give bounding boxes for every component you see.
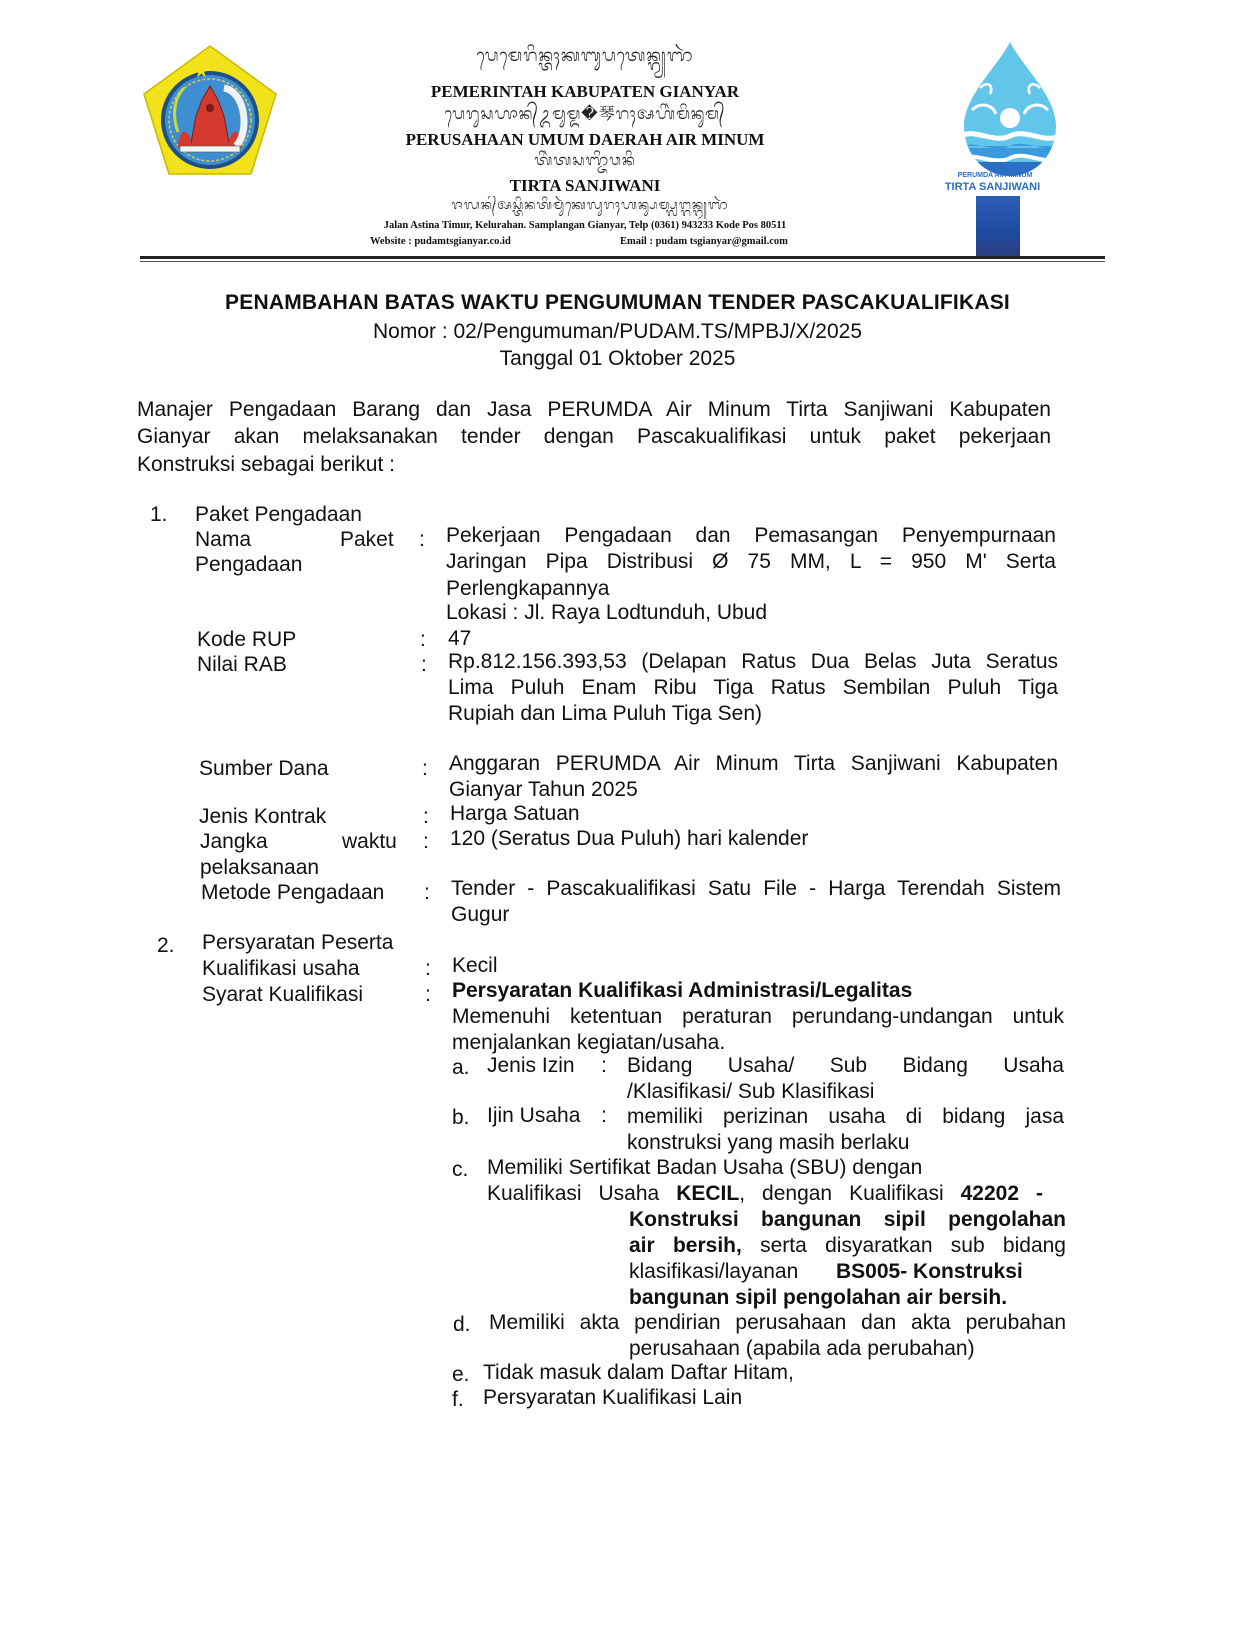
item-b-label: Ijin Usaha bbox=[487, 1104, 580, 1128]
colon: : bbox=[422, 757, 428, 781]
jangka-waktu-label-a: Jangka bbox=[200, 830, 268, 854]
balinese-script-line-2: ᬧᬾᬭᬸᬲᬳᬵᬦ᭄ᬉᬫᬸᬫ᭄ᬤ�琴ᬭᬄᬅᬳᬶᬃᬫᬶᬦᬸᬫ᭄ bbox=[260, 101, 910, 131]
syarat-kualifikasi-label: Syarat Kualifikasi bbox=[202, 983, 363, 1007]
item-b-marker: b. bbox=[452, 1106, 470, 1130]
item-f-marker: f. bbox=[452, 1388, 464, 1412]
item-c-line-6: bangunan sipil pengolahan air bersih. bbox=[629, 1285, 1007, 1311]
syarat-heading: Persyaratan Kualifikasi Administrasi/Leg… bbox=[452, 978, 912, 1004]
logo-brand-text: TIRTA SANJIWANI bbox=[920, 181, 1065, 193]
item-d-line-1: Memiliki akta pendirian perusahaan dan a… bbox=[489, 1310, 1066, 1336]
jangka-waktu-label-b: waktu bbox=[342, 830, 397, 854]
government-name: PEMERINTAH KABUPATEN GIANYAR bbox=[260, 82, 910, 102]
metode-pengadaan-line-2: Gugur bbox=[451, 902, 509, 928]
nama-paket-line-1: Pekerjaan Pengadaan dan Pemasangan Penye… bbox=[446, 523, 1056, 549]
letterhead-rule bbox=[140, 256, 1105, 259]
item-c-line-1: Memiliki Sertifikat Badan Usaha (SBU) de… bbox=[487, 1155, 922, 1181]
document-number: Nomor : 02/Pengumuman/PUDAM.TS/MPBJ/X/20… bbox=[0, 320, 1235, 344]
section-1-title: Paket Pengadaan bbox=[195, 503, 362, 527]
item-a-line-1: Bidang Usaha/ Sub Bidang Usaha bbox=[627, 1053, 1064, 1079]
item-a-label: Jenis Izin bbox=[487, 1054, 575, 1078]
item-a-marker: a. bbox=[452, 1056, 470, 1080]
kode-rup-label: Kode RUP bbox=[197, 628, 296, 652]
website-text: Website : pudamtsgianyar.co.id bbox=[370, 236, 511, 247]
item-e-marker: e. bbox=[452, 1363, 470, 1387]
email-text: Email : pudam tsgianyar@gmail.com bbox=[620, 236, 788, 247]
nilai-rab-line-3: Rupiah dan Lima Puluh Tiga Sen) bbox=[448, 701, 762, 727]
jangka-waktu-value: 120 (Seratus Dua Puluh) hari kalender bbox=[450, 826, 808, 852]
lokasi: Lokasi : Jl. Raya Lodtunduh, Ubud bbox=[446, 600, 767, 626]
jenis-kontrak-value: Harga Satuan bbox=[450, 801, 580, 827]
section-2-number: 2. bbox=[157, 934, 175, 958]
section-1-number: 1. bbox=[150, 503, 168, 527]
item-e-text: Tidak masuk dalam Daftar Hitam, bbox=[483, 1360, 794, 1386]
item-c-marker: c. bbox=[452, 1158, 468, 1182]
nama-paket-label-2: Pengadaan bbox=[195, 553, 302, 577]
intro-line-1: Manajer Pengadaan Barang dan Jasa PERUMD… bbox=[137, 396, 1051, 424]
nama-paket-line-3: Perlengkapannya bbox=[446, 576, 609, 602]
item-a-line-2: /Klasifikasi/ Sub Klasifikasi bbox=[627, 1079, 874, 1105]
company-name: PERUSAHAAN UMUM DAERAH AIR MINUM bbox=[260, 130, 910, 150]
nilai-rab-line-2: Lima Puluh Enam Ribu Tiga Ratus Sembilan… bbox=[448, 675, 1058, 701]
kualifikasi-usaha-value: Kecil bbox=[452, 953, 498, 979]
colon: : bbox=[421, 653, 427, 677]
gianyar-emblem-logo bbox=[140, 42, 280, 182]
intro-line-3: Konstruksi sebagai berikut : bbox=[137, 451, 395, 479]
document-title: PENAMBAHAN BATAS WAKTU PENGUMUMAN TENDER… bbox=[0, 291, 1235, 315]
jenis-kontrak-label: Jenis Kontrak bbox=[199, 805, 326, 829]
item-b-line-2: konstruksi yang masih berlaku bbox=[627, 1130, 909, 1156]
balinese-script-line-1: ᬧᬾᬫᬾᬭᬶᬦ᭄ᬢᬄᬓᬩᬸᬧᬢᬾᬦ᭄ᬕ᭄ᬬᬜᬃ bbox=[260, 44, 910, 74]
item-f-text: Persyaratan Kualifikasi Lain bbox=[483, 1385, 742, 1411]
colon: : bbox=[424, 881, 430, 905]
sumber-dana-label: Sumber Dana bbox=[199, 757, 329, 781]
colon: : bbox=[420, 628, 426, 652]
metode-pengadaan-label: Metode Pengadaan bbox=[201, 881, 384, 905]
logo-subtitle: PERUMDA AIR MINUM bbox=[930, 172, 1060, 179]
item-c-line-5: klasifikasi/layananBS005- Konstruksi bbox=[629, 1259, 1066, 1285]
colon: : bbox=[425, 957, 431, 981]
colon: : bbox=[423, 805, 429, 829]
perumda-water-drop-logo bbox=[960, 40, 1060, 180]
metode-pengadaan-line-1: Tender - Pascakualifikasi Satu File - Ha… bbox=[451, 876, 1061, 902]
iso-certification-badge bbox=[976, 196, 1020, 256]
syarat-line-1: Memenuhi ketentuan peraturan perundang-u… bbox=[452, 1004, 1064, 1030]
colon: : bbox=[423, 830, 429, 854]
colon: : bbox=[601, 1054, 607, 1078]
nilai-rab-label: Nilai RAB bbox=[197, 653, 287, 677]
document-date: Tanggal 01 Oktober 2025 bbox=[0, 347, 1235, 371]
item-d-marker: d. bbox=[453, 1313, 471, 1337]
item-c-line-4: air bersih, serta disyaratkan sub bidang bbox=[629, 1233, 1066, 1259]
item-d-line-2: perusahaan (apabila ada perubahan) bbox=[629, 1336, 975, 1362]
intro-line-2: Gianyar akan melaksanakan tender dengan … bbox=[137, 423, 1051, 451]
kualifikasi-usaha-label: Kualifikasi usaha bbox=[202, 957, 360, 981]
item-c-line-2: Kualifikasi Usaha KECIL, dengan Kualifik… bbox=[487, 1181, 1043, 1207]
colon: : bbox=[425, 983, 431, 1007]
item-c-line-3: Konstruksi bangunan sipil pengolahan bbox=[629, 1207, 1066, 1233]
sumber-dana-line-1: Anggaran PERUMDA Air Minum Tirta Sanjiwa… bbox=[449, 751, 1058, 777]
jangka-waktu-label-2: pelaksanaan bbox=[200, 856, 319, 880]
brand-name: TIRTA SANJIWANI bbox=[260, 176, 910, 196]
letterhead-rule-thin bbox=[140, 261, 1105, 262]
item-b-line-1: memiliki perizinan usaha di bidang jasa bbox=[627, 1104, 1064, 1130]
balinese-script-line-3: ᬢᬶᬃᬢᬲᬜ᭄ᬚᬶᬯᬦᬶ bbox=[260, 149, 910, 176]
colon: : bbox=[419, 528, 425, 552]
sumber-dana-line-2: Gianyar Tahun 2025 bbox=[449, 777, 638, 803]
balinese-script-line-4: ᬚᬮᬦ᭄ᬅᬲ᭄ᬢᬶᬦᬢᬶᬫᬸᬃᬓᬾᬮᬸᬭᬄᬳᬦ᭄ᬲᬫ᭄ᬧ᭄ᬮᬗ᭄ᬕᬦ᭄ᬕ᭄ᬬᬜᬃ bbox=[270, 196, 910, 219]
nama-paket-label-b: Paket bbox=[340, 528, 394, 552]
nama-paket-label-a: Nama bbox=[195, 528, 251, 552]
nilai-rab-line-1: Rp.812.156.393,53 (Delapan Ratus Dua Bel… bbox=[448, 649, 1058, 675]
section-2-title: Persyaratan Peserta bbox=[202, 931, 393, 955]
colon: : bbox=[601, 1104, 607, 1128]
address: Jalan Astina Timur, Kelurahan. Samplanga… bbox=[260, 220, 910, 231]
nama-paket-line-2: Jaringan Pipa Distribusi Ø 75 MM, L = 95… bbox=[446, 549, 1056, 575]
